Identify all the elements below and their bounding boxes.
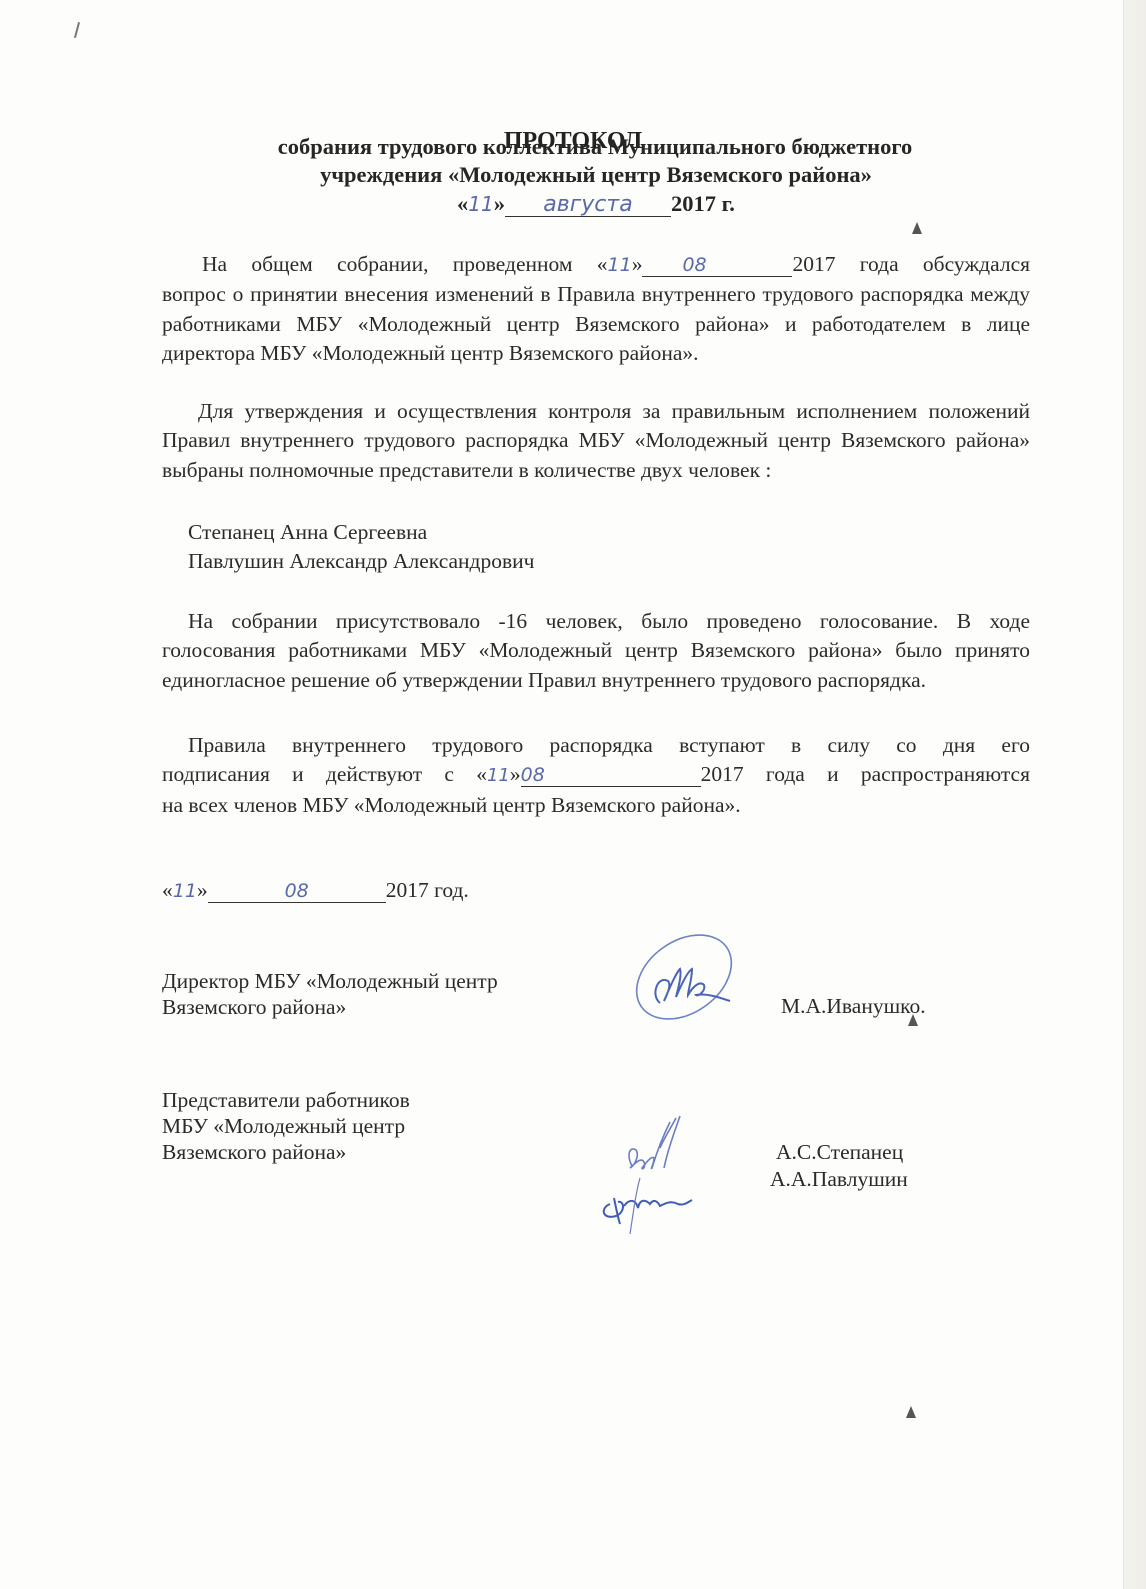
p1-day: 11 xyxy=(608,254,632,276)
director-label-line-2: Вяземского района» xyxy=(162,994,498,1020)
scan-mark xyxy=(912,222,922,234)
representative-1: Степанец Анна Сергеевна xyxy=(188,518,534,547)
paragraph-3-text: На собрании присутствовало -16 человек, … xyxy=(162,607,1030,695)
header-date-close-quote: » xyxy=(494,191,505,216)
document-subtitle: собрания трудового коллектива Муниципаль… xyxy=(0,133,1146,161)
workers-reps-line-2: МБУ «Молодежный центр xyxy=(162,1113,410,1139)
paragraph-1-first-line: На общем собрании, проведенном «11»08201… xyxy=(162,250,1030,280)
rep-name-1: А.С.Степанец xyxy=(776,1140,903,1165)
representative-2: Павлушин Александр Александрович xyxy=(188,547,534,576)
paragraph-2: Для утверждения и осуществления контроля… xyxy=(162,397,1030,485)
director-label: Директор МБУ «Молодежный центр Вяземског… xyxy=(162,968,498,1020)
footer-date: «11»082017 год. xyxy=(162,878,469,903)
scan-mark xyxy=(906,1406,916,1418)
p4-month: 08 xyxy=(521,764,545,786)
workers-reps-line-1: Представители работников xyxy=(162,1087,410,1113)
page-edge xyxy=(1123,0,1146,1589)
p1-month: 08 xyxy=(682,254,706,276)
paragraph-1: На общем собрании, проведенном «11»08201… xyxy=(162,250,1030,368)
paragraph-4-line-3: на всех членов МБУ «Молодежный центр Вяз… xyxy=(162,791,1030,820)
representatives-signatures xyxy=(580,1108,720,1238)
rep-name-2: А.А.Павлушин xyxy=(770,1167,908,1192)
workers-reps-label: Представители работников МБУ «Молодежный… xyxy=(162,1087,410,1165)
director-label-line-1: Директор МБУ «Молодежный центр xyxy=(162,968,498,994)
scan-mark xyxy=(74,22,80,38)
footer-date-day: 11 xyxy=(173,880,197,902)
paragraph-2-text: Для утверждения и осуществления контроля… xyxy=(162,397,1030,485)
director-name: М.А.Иванушко. xyxy=(781,994,926,1019)
paragraph-4-line-1: Правила внутреннего трудового распорядка… xyxy=(162,731,1030,760)
subtitle-line-2: учреждения «Молодежный центр Вяземского … xyxy=(0,161,1146,189)
p4-day: 11 xyxy=(487,765,510,786)
footer-date-month: 08 xyxy=(285,880,309,902)
paragraph-4-line-2: подписания и действуют с «11»082017 года… xyxy=(162,760,1030,790)
header-date-open-quote: « xyxy=(457,191,468,216)
subtitle-line-1: собрания трудового коллектива Муниципаль… xyxy=(0,133,1146,161)
paragraph-1-rest: вопрос о принятии внесения изменений в П… xyxy=(162,280,1030,368)
header-date-month: августа xyxy=(543,192,632,217)
header-date: «11»августа2017 г. xyxy=(0,190,1146,218)
representatives-list: Степанец Анна Сергеевна Павлушин Алексан… xyxy=(188,518,534,577)
header-date-year: 2017 г. xyxy=(671,191,735,216)
header-date-day: 11 xyxy=(468,192,493,216)
workers-reps-line-3: Вяземского района» xyxy=(162,1139,410,1165)
paragraph-3: На собрании присутствовало -16 человек, … xyxy=(162,607,1030,695)
director-signature xyxy=(620,925,760,1035)
paragraph-4: Правила внутреннего трудового распорядка… xyxy=(162,731,1030,820)
subtitle-line-2-wrap: учреждения «Молодежный центр Вяземского … xyxy=(0,161,1146,189)
